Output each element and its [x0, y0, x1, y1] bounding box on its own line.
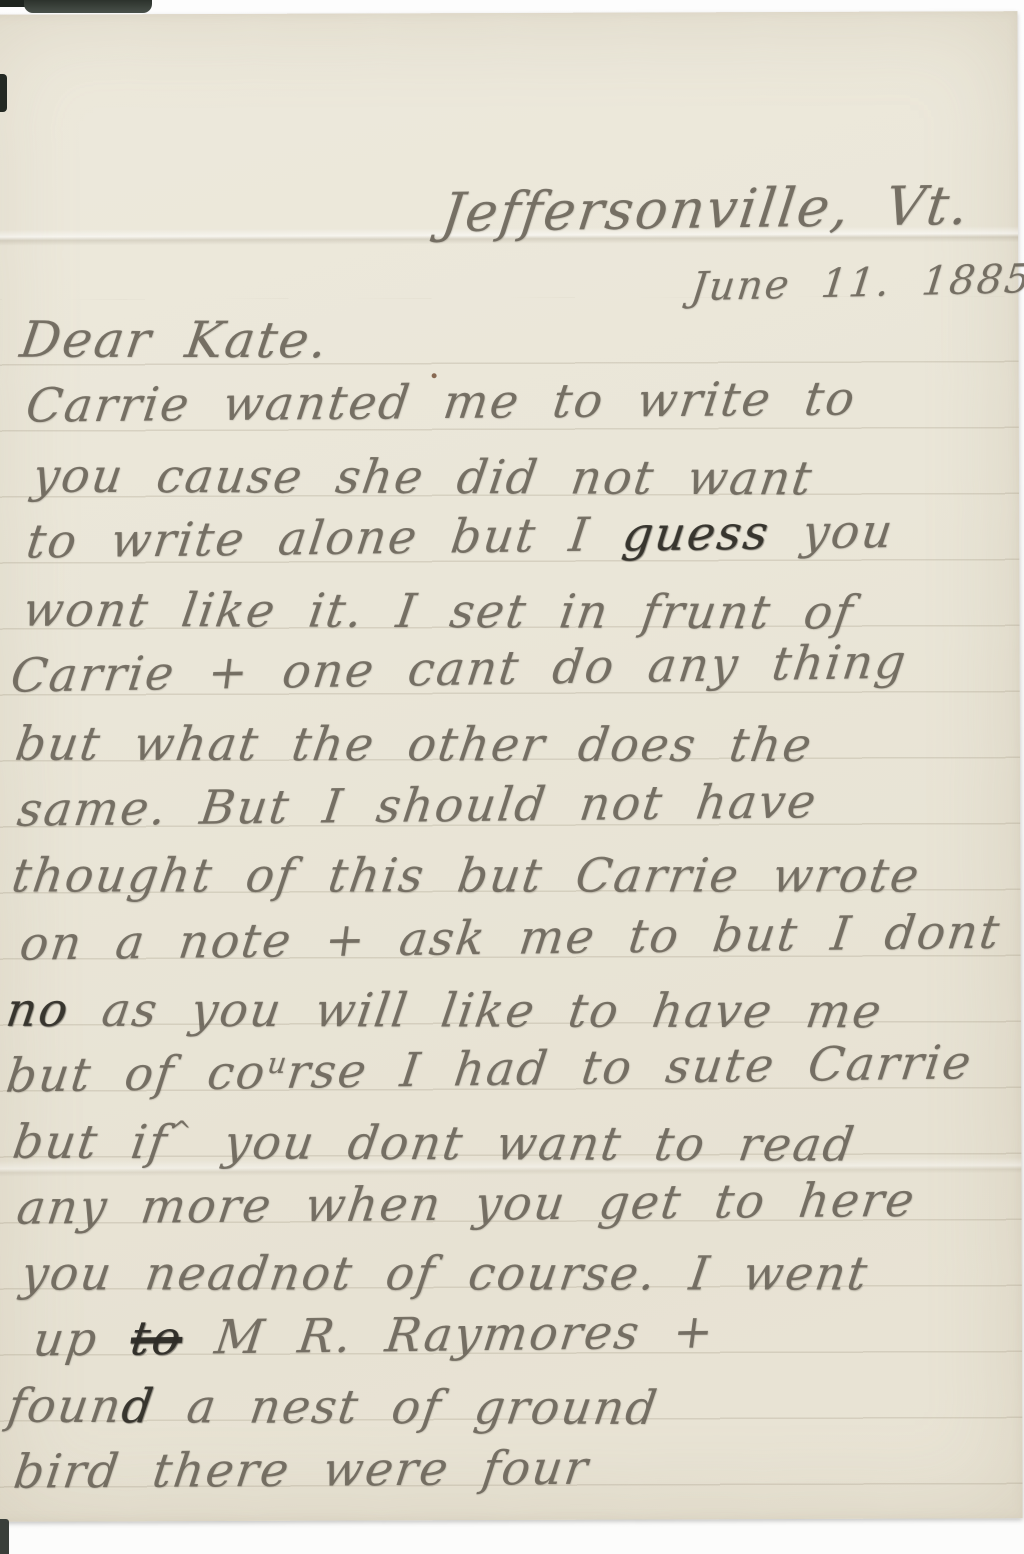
line-text: thought of this but Carrie wrote	[8, 849, 924, 904]
line-text: Carrie wanted me to write to	[23, 371, 860, 433]
line-text: you	[766, 504, 897, 561]
line-text: but if	[9, 1115, 171, 1171]
mount-corner-top-left	[24, 0, 152, 13]
line-text: same. But I should not have	[14, 774, 821, 837]
edge-mark-left	[0, 74, 7, 112]
line-text: any more when you get to here	[14, 1173, 920, 1236]
letter-line-16: found a nest of ground	[4, 1379, 662, 1436]
line-text: you dont want to read	[188, 1115, 860, 1172]
heading-place: Jeffersonville, Vt.	[438, 174, 974, 244]
struck-out-word: to	[128, 1311, 186, 1367]
letter-line-6: but what the other does the	[12, 717, 817, 773]
heading-place-text: Jeffersonville, Vt.	[438, 174, 974, 244]
line-text: but what the other does the	[12, 717, 817, 773]
letter-line-3: to write alone but I guess you	[23, 504, 897, 570]
letter-line-2: you cause she did not want	[29, 449, 817, 507]
letter-line-10: no as you will like to have me	[3, 983, 887, 1040]
retraced-word: guess	[620, 506, 774, 563]
line-text: on a note + ask me to but I dont	[17, 905, 1004, 972]
salutation-line: Dear Kate.	[17, 311, 333, 370]
letter-line-8: thought of this but Carrie wrote	[8, 849, 924, 904]
line-text: bird there were four	[11, 1441, 593, 1500]
line-text: rse I had to sute Carrie	[284, 1035, 976, 1100]
letter-line-13: any more when you get to here	[14, 1173, 920, 1236]
heading-date: June 11. 1885	[688, 256, 1024, 310]
letter-line-9: on a note + ask me to but I dont	[17, 905, 1004, 972]
insertion-caret: ^	[167, 1117, 195, 1147]
edge-mark-bottom-left	[0, 1519, 9, 1554]
line-text: wont like it. I set in frunt of	[20, 583, 858, 641]
line-text: but of co	[3, 1045, 270, 1104]
retraced-word: no	[3, 983, 73, 1038]
letter-line-15: up to M R. Raymores +	[30, 1304, 718, 1367]
line-text: to write alone but I	[23, 507, 626, 569]
line-text: M R. Raymores +	[179, 1304, 719, 1366]
line-text: up	[30, 1311, 134, 1367]
letter-line-1: Carrie wanted me to write to	[23, 371, 860, 433]
letter-line-5: Carrie + one cant do any thing	[8, 635, 911, 704]
letter-line-7: same. But I should not have	[14, 774, 821, 837]
line-text: you cause she did not want	[29, 449, 817, 507]
letter-paper: Jeffersonville, Vt. June 11. 1885 Dear K…	[0, 11, 1023, 1522]
letter-line-11: but of course I had to sute Carrie	[3, 1035, 976, 1103]
letter-line-4: wont like it. I set in frunt of	[20, 583, 858, 641]
scanner-background: Jeffersonville, Vt. June 11. 1885 Dear K…	[0, 0, 1024, 1554]
line-text: foun	[4, 1379, 126, 1434]
letter-line-14: you neadnot of course. I went	[18, 1247, 872, 1302]
heading-date-text: June 11. 1885	[688, 256, 1024, 310]
line-text: as you will like to have me	[65, 983, 886, 1039]
line-text: a nest of ground	[151, 1379, 662, 1436]
letter-line-17: bird there were four	[11, 1441, 593, 1500]
letter-line-12: but if^ you dont want to read	[9, 1115, 859, 1173]
salutation-text: Dear Kate.	[17, 311, 333, 370]
line-text: Carrie + one cant do any thing	[8, 635, 911, 704]
line-text: you neadnot of course. I went	[18, 1247, 872, 1302]
